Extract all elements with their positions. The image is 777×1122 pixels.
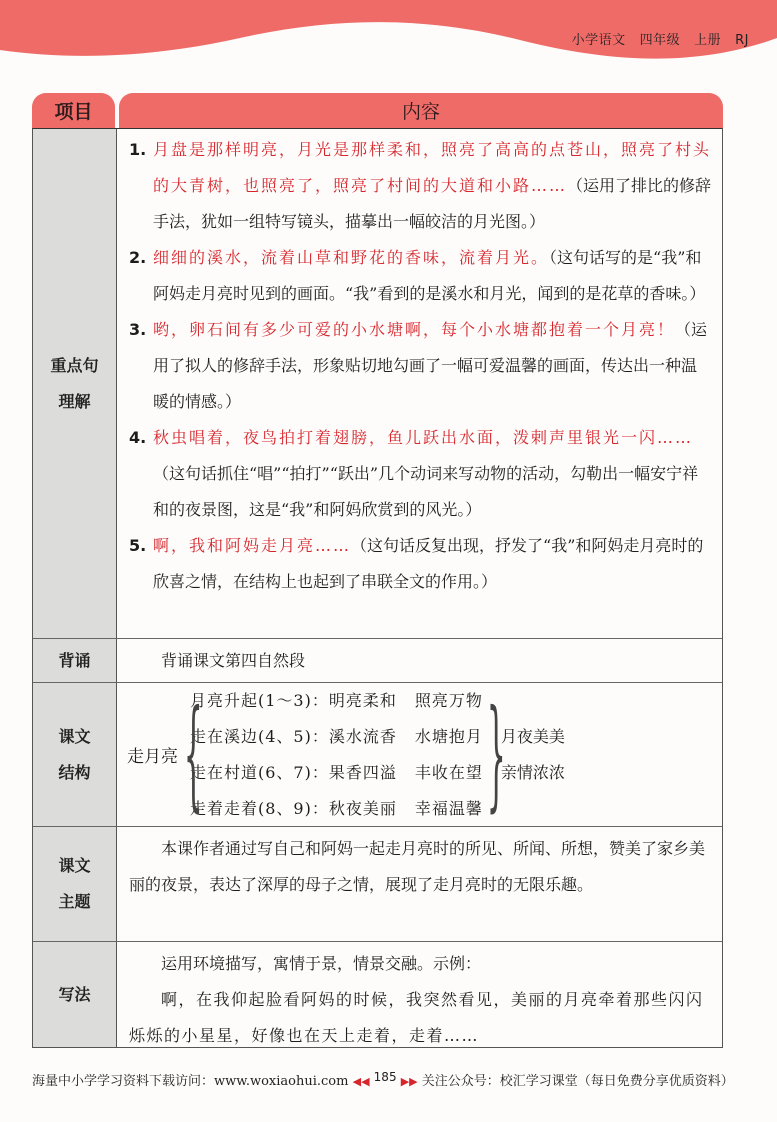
structure-branch: 走着走着(8、9)：秋夜美丽幸福温馨	[190, 791, 483, 827]
note-text: （这句话抓住“唱”“拍打”“跃出”几个动词来写动物的活动，勾勒出一幅安宁祥和的夜…	[153, 464, 698, 519]
structure-root: 走月亮	[127, 742, 178, 767]
key-sentence-list: 1. 月盘是那样明亮，月光是那样柔和，照亮了高高的点苍山，照亮了村头的大青树，也…	[117, 129, 722, 638]
writing-method-text: 运用环境描写，寓情于景，情景交融。示例：	[129, 946, 712, 982]
table-body: 重点句 理解 1. 月盘是那样明亮，月光是那样柔和，照亮了高高的点苍山，照亮了村…	[32, 128, 723, 1048]
right-arrows-icon: ▶▶	[401, 1075, 418, 1088]
quote-text: 哟，卵石间有多少可爱的小水塘啊，每个小水塘都抱着一个月亮！	[153, 320, 675, 339]
key-sentence-item: 4. 秋虫唱着，夜鸟拍打着翅膀，鱼儿跃出水面，泼剌声里银光一闪……（这句话抓住“…	[129, 420, 712, 528]
structure-branches: 月亮升起(1～3)：明亮柔和照亮万物 走在溪边(4、5)：溪水流香水塘抱月 走在…	[190, 683, 483, 827]
table-header: 项目 内容	[32, 93, 723, 128]
row-label: 写法	[33, 942, 117, 1047]
page-footer: 海量中小学学习资料下载访问：www.woxiaohui.com ◀◀ 185 ▶…	[32, 1070, 752, 1089]
table-row-theme: 课文 主题 本课作者通过写自己和阿妈一起走月亮时的所见、所闻、所想，赞美了家乡美…	[33, 826, 722, 941]
subject-label: 小学语文	[572, 33, 626, 48]
table-row-writing-method: 写法 运用环境描写，寓情于景，情景交融。示例： 啊，在我仰起脸看阿妈的时候，我突…	[33, 941, 722, 1047]
theme-text: 本课作者通过写自己和阿妈一起走月亮时的所见、所闻、所想，赞美了家乡美丽的夜景，表…	[129, 831, 712, 903]
table-row-key-sentences: 重点句 理解 1. 月盘是那样明亮，月光是那样柔和，照亮了高高的点苍山，照亮了村…	[33, 129, 722, 638]
right-brace-icon: }	[487, 695, 490, 815]
row-label: 重点句 理解	[33, 129, 117, 638]
structure-branch: 走在溪边(4、5)：溪水流香水塘抱月	[190, 719, 483, 755]
key-sentence-item: 3. 哟，卵石间有多少可爱的小水塘啊，每个小水塘都抱着一个月亮！（运用了拟人的修…	[129, 312, 712, 420]
writing-example-text: 啊，在我仰起脸看阿妈的时候，我突然看见，美丽的月亮牵着那些闪闪烁烁的小星星，好像…	[129, 982, 712, 1054]
volume-label: 上册	[694, 33, 721, 48]
row-label: 课文 结构	[33, 683, 117, 826]
table-row-structure: 课文 结构 走月亮 { 月亮升起(1～3)：明亮柔和照亮万物 走在溪边(4、5)…	[33, 682, 722, 826]
footer-left-text: 海量中小学学习资料下载访问：www.woxiaohui.com	[32, 1074, 348, 1089]
structure-branch: 月亮升起(1～3)：明亮柔和照亮万物	[190, 683, 483, 719]
header-content: 内容	[119, 93, 723, 128]
key-sentence-item: 2. 细细的溪水，流着山草和野花的香味，流着月光。（这句话写的是“我”和阿妈走月…	[129, 240, 712, 312]
header-item: 项目	[32, 93, 115, 128]
running-head: 小学语文四年级上册RJ	[558, 29, 749, 48]
edition-label: RJ	[735, 33, 749, 48]
row-label: 课文 主题	[33, 827, 117, 941]
footer-right-text: 关注公众号：校汇学习课堂（每日免费分享优质资料）	[422, 1074, 734, 1089]
grade-label: 四年级	[640, 33, 681, 48]
structure-diagram: 走月亮 { 月亮升起(1～3)：明亮柔和照亮万物 走在溪边(4、5)：溪水流香水…	[117, 683, 575, 826]
structure-branch: 走在村道(6、7)：果香四溢丰收在望	[190, 755, 483, 791]
page-number: 185	[374, 1070, 397, 1084]
key-sentence-item: 5. 啊，我和阿妈走月亮……（这句话反复出现，抒发了“我”和阿妈走月亮时的欣喜之…	[129, 528, 712, 600]
left-arrows-icon: ◀◀	[353, 1075, 370, 1088]
recitation-text: 背诵课文第四自然段	[129, 643, 305, 679]
quote-text: 啊，我和阿妈走月亮……	[153, 536, 351, 555]
key-sentence-item: 1. 月盘是那样明亮，月光是那样柔和，照亮了高高的点苍山，照亮了村头的大青树，也…	[129, 132, 712, 240]
row-label: 背诵	[33, 639, 117, 682]
table-row-recitation: 背诵 背诵课文第四自然段	[33, 638, 722, 682]
lesson-summary-table: 项目 内容 重点句 理解 1. 月盘是那样明亮，月光是那样柔和，照亮了高高的点苍…	[32, 93, 723, 1048]
structure-summary: 月夜美美 亲情浓浓	[501, 719, 565, 791]
left-brace-icon: {	[184, 695, 187, 815]
quote-text: 秋虫唱着，夜鸟拍打着翅膀，鱼儿跃出水面，泼剌声里银光一闪……	[153, 428, 693, 447]
quote-text: 细细的溪水，流着山草和野花的香味，流着月光。	[153, 248, 549, 267]
